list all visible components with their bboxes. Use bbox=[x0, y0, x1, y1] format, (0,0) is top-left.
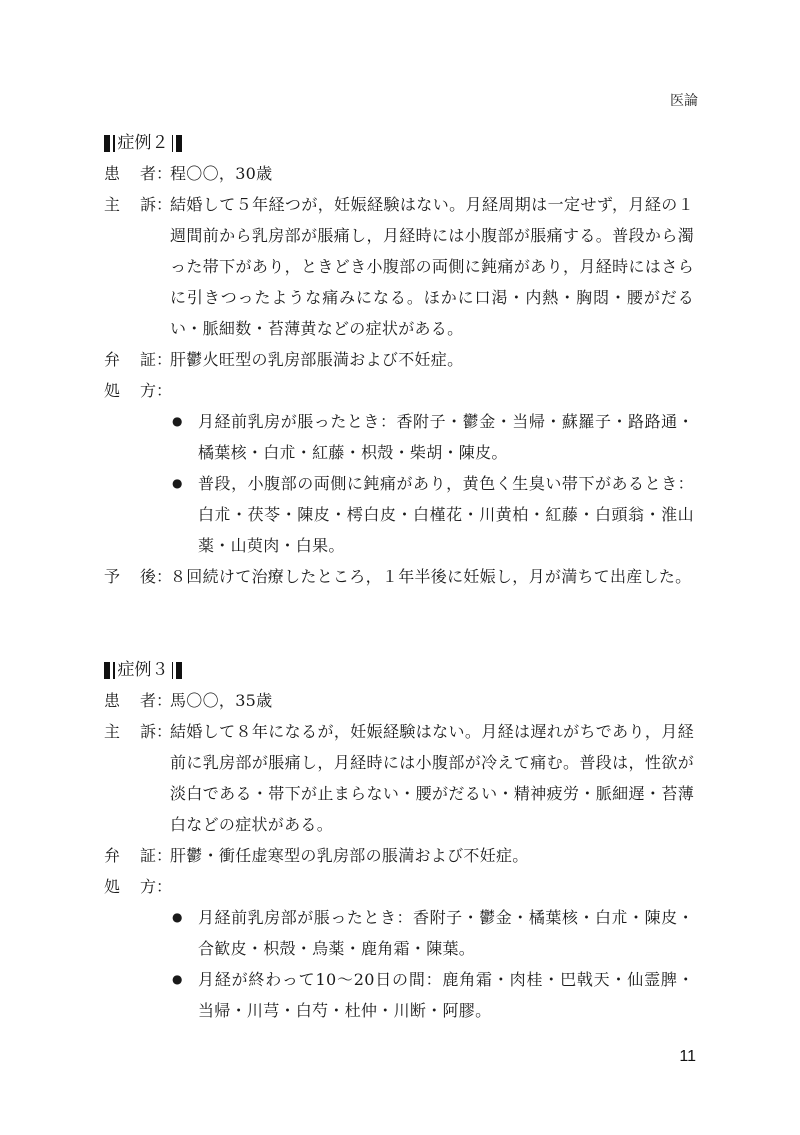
heading-marker-left bbox=[104, 135, 110, 152]
heading-marker-right bbox=[176, 135, 182, 152]
case-2-section: 症例２ 患者 ： 程〇〇，30歳 主訴 ： 結婚して５年経つが，妊娠経験はない。… bbox=[104, 128, 694, 592]
patient-row: 患者 ： 程〇〇，30歳 bbox=[104, 158, 694, 189]
complaint-label: 主訴 bbox=[104, 716, 156, 840]
case-heading: 症例２ bbox=[104, 128, 694, 158]
complaint-label: 主訴 bbox=[104, 189, 156, 344]
complaint-row: 主訴 ： 結婚して８年になるが，妊娠経験はない。月経は遅れがちであり，月経前に乳… bbox=[104, 716, 694, 840]
patient-label: 患者 bbox=[104, 685, 156, 716]
heading-marker-right-thin bbox=[172, 135, 174, 152]
bullet-icon: ● bbox=[168, 468, 198, 561]
prescription-label: 処方 bbox=[104, 375, 156, 406]
list-item: ● 月経前乳房部が脹ったとき：香附子・鬱金・橘葉核・白朮・陳皮・合歓皮・枳殻・烏… bbox=[104, 902, 694, 964]
heading-marker-left-thin bbox=[113, 135, 115, 152]
patient-label: 患者 bbox=[104, 158, 156, 189]
list-item: ● 月経前乳房が脹ったとき：香附子・鬱金・当帰・蘇羅子・路路通・橘葉核・白朮・紅… bbox=[104, 406, 694, 468]
case-heading-text: 症例２ bbox=[118, 128, 169, 158]
patient-row: 患者 ： 馬〇〇，35歳 bbox=[104, 685, 694, 716]
case-heading-text: 症例３ bbox=[118, 655, 169, 685]
prognosis-label: 予後 bbox=[104, 561, 156, 592]
prescription-list: ● 月経前乳房が脹ったとき：香附子・鬱金・当帰・蘇羅子・路路通・橘葉核・白朮・紅… bbox=[104, 406, 694, 561]
prescription-row: 処方 ： bbox=[104, 871, 694, 902]
diagnosis-text: 肝鬱・衝任虚寒型の乳房部の脹満および不妊症。 bbox=[170, 840, 694, 871]
case-heading: 症例３ bbox=[104, 655, 694, 685]
prognosis-row: 予後 ： ８回続けて治療したところ，１年半後に妊娠し，月が満ちて出産した。 bbox=[104, 561, 694, 592]
bullet-icon: ● bbox=[168, 406, 198, 468]
diagnosis-row: 弁証 ： 肝鬱・衝任虚寒型の乳房部の脹満および不妊症。 bbox=[104, 840, 694, 871]
prescription-row: 処方 ： bbox=[104, 375, 694, 406]
heading-marker-right bbox=[176, 662, 182, 679]
heading-marker-left bbox=[104, 662, 110, 679]
heading-marker-left-thin bbox=[113, 662, 115, 679]
heading-marker-right-thin bbox=[172, 662, 174, 679]
bullet-icon: ● bbox=[168, 964, 198, 1026]
diagnosis-label: 弁証 bbox=[104, 840, 156, 871]
complaint-text: 結婚して５年経つが，妊娠経験はない。月経周期は一定せず，月経の１週間前から乳房部… bbox=[170, 189, 694, 344]
case-3-section: 症例３ 患者 ： 馬〇〇，35歳 主訴 ： 結婚して８年になるが，妊娠経験はない… bbox=[104, 655, 694, 1026]
prescription-label: 処方 bbox=[104, 871, 156, 902]
diagnosis-row: 弁証 ： 肝鬱火旺型の乳房部脹満および不妊症。 bbox=[104, 344, 694, 375]
running-head: 医論 bbox=[670, 90, 698, 110]
prognosis-text: ８回続けて治療したところ，１年半後に妊娠し，月が満ちて出産した。 bbox=[170, 561, 694, 592]
list-item: ● 月経が終わって10～20日の間：鹿角霜・肉桂・巴戟天・仙霊脾・当帰・川芎・白… bbox=[104, 964, 694, 1026]
bullet-icon: ● bbox=[168, 902, 198, 964]
page-number: 11 bbox=[679, 1048, 696, 1066]
complaint-row: 主訴 ： 結婚して５年経つが，妊娠経験はない。月経周期は一定せず，月経の１週間前… bbox=[104, 189, 694, 344]
patient-text: 馬〇〇，35歳 bbox=[170, 685, 694, 716]
prescription-list: ● 月経前乳房部が脹ったとき：香附子・鬱金・橘葉核・白朮・陳皮・合歓皮・枳殻・烏… bbox=[104, 902, 694, 1026]
diagnosis-label: 弁証 bbox=[104, 344, 156, 375]
diagnosis-text: 肝鬱火旺型の乳房部脹満および不妊症。 bbox=[170, 344, 694, 375]
patient-text: 程〇〇，30歳 bbox=[170, 158, 694, 189]
list-item: ● 普段，小腹部の両側に鈍痛があり，黄色く生臭い帯下があるとき：白朮・茯苓・陳皮… bbox=[104, 468, 694, 561]
complaint-text: 結婚して８年になるが，妊娠経験はない。月経は遅れがちであり，月経前に乳房部が脹痛… bbox=[170, 716, 694, 840]
